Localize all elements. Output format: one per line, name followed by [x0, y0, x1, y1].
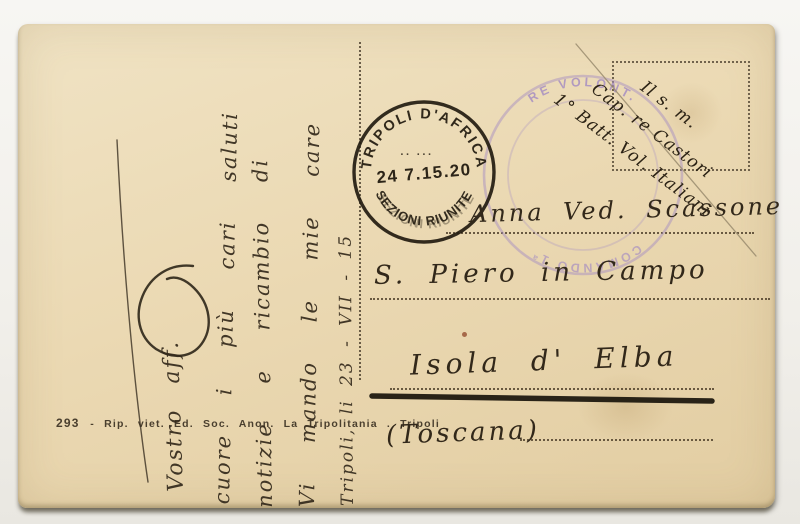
address-line-2: S. Piero in Campo	[374, 255, 709, 291]
postmark-bottom-text-ghost: SEZIONI RIUNITE	[375, 191, 478, 232]
postcard: 293 - Rip. viet. Ed. Soc. Anon. La Tripo…	[18, 24, 775, 508]
scan-background: 293 - Rip. viet. Ed. Soc. Anon. La Tripo…	[0, 0, 800, 524]
long-pen-stroke	[117, 140, 148, 482]
postmark-dots: ·· ···	[400, 149, 433, 161]
postmark-date: 24 7.15.20	[376, 160, 473, 187]
censor-thick-line	[372, 396, 712, 401]
address-line-4: (Toscana)	[386, 415, 541, 450]
svg-text:SEZIONI RIUNITE: SEZIONI RIUNITE	[375, 191, 478, 232]
message-date-column: Tripoli, li 23 - VII - 15	[336, 271, 364, 506]
